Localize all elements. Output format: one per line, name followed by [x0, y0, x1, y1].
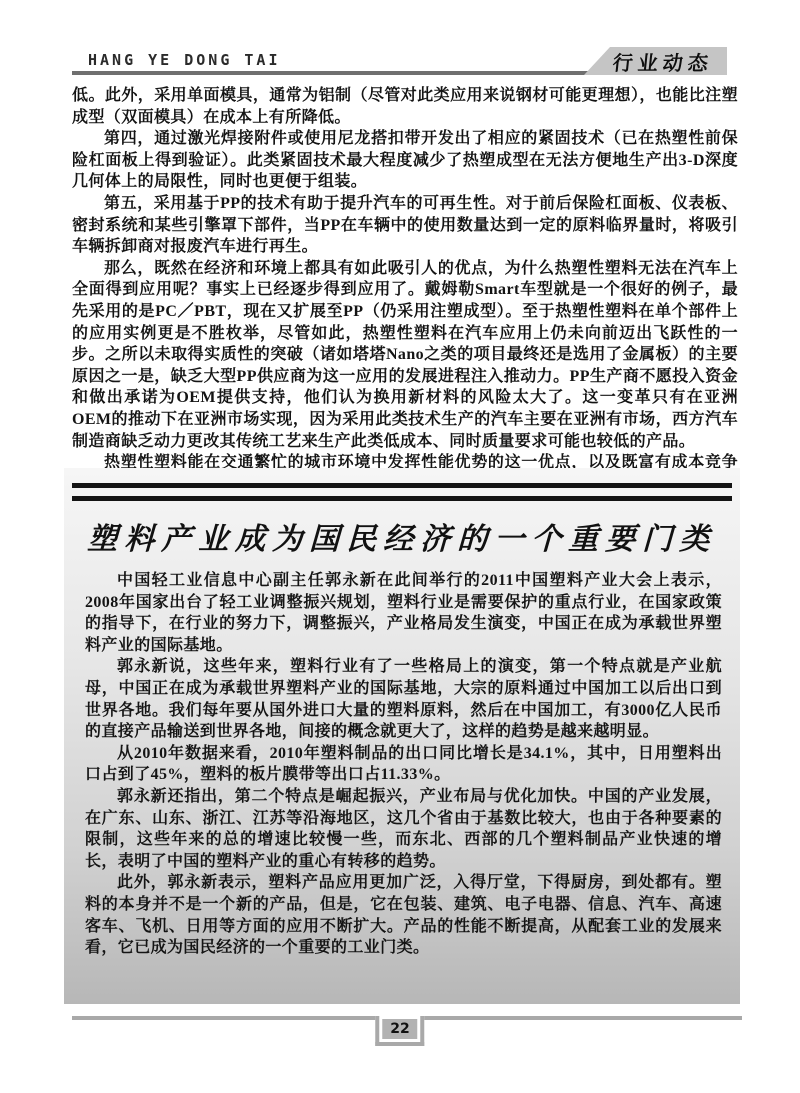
- page-number: 22: [382, 1019, 417, 1039]
- paragraph: 低。此外，采用单面模具，通常为铝制（尽管对此类应用来说钢材可能更理想），也能比注…: [72, 85, 738, 128]
- page-number-box: 22: [375, 1016, 424, 1046]
- paragraph: 此外，郭永新表示，塑料产品应用更加广泛，入得厅堂，下得厨房，到处都有。塑料的本身…: [85, 872, 722, 958]
- double-rule-top: [72, 483, 732, 488]
- section-tab: 行业动态: [584, 47, 727, 75]
- article-thermoplastics: 低。此外，采用单面模具，通常为铝制（尽管对此类应用来说钢材可能更理想），也能比注…: [72, 85, 738, 495]
- section-tab-label: 行业动态: [597, 47, 714, 76]
- double-rule-bottom: [72, 496, 732, 501]
- journal-page: HANG YE DONG TAI 行业动态 低。此外，采用单面模具，通常为铝制（…: [0, 0, 800, 1093]
- paragraph: 郭永新还指出，第二个特点是崛起振兴，产业布局与优化加快。中国的产业发展，在广东、…: [85, 786, 722, 872]
- article-plastics-industry: 中国轻工业信息中心副主任郭永新在此间举行的2011中国塑料产业大会上表示，200…: [85, 570, 722, 959]
- header-rule: [72, 71, 602, 75]
- paragraph: 中国轻工业信息中心副主任郭永新在此间举行的2011中国塑料产业大会上表示，200…: [85, 570, 722, 656]
- paragraph: 从2010年数据来看，2010年塑料制品的出口同比增长是34.1%，其中，日用塑…: [85, 743, 722, 786]
- paragraph: 第五，采用基于PP的技术有助于提升汽车的可再生性。对于前后保险杠面板、仪表板、密…: [72, 193, 738, 258]
- header-latin-title: HANG YE DONG TAI: [88, 51, 281, 69]
- paragraph: 郭永新说，这些年来，塑料行业有了一些格局上的演变，第一个特点就是产业航母，中国正…: [85, 656, 722, 742]
- feature-article-box: 塑料产业成为国民经济的一个重要门类 中国轻工业信息中心副主任郭永新在此间举行的2…: [64, 468, 740, 1004]
- paragraph: 那么，既然在经济和环境上都具有如此吸引人的优点，为什么热塑性塑料无法在汽车上全面…: [72, 258, 738, 452]
- article-title: 塑料产业成为国民经济的一个重要门类: [63, 514, 741, 558]
- paragraph: 第四，通过激光焊接附件或使用尼龙搭扣带开发出了相应的紧固技术（已在热塑性前保险杠…: [72, 128, 738, 193]
